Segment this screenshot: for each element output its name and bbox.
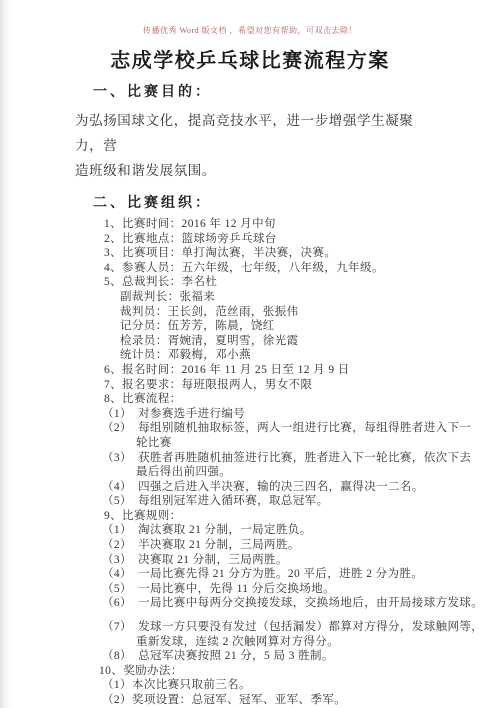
doc-line: 裁判员：王长剑，范丝雨，张振伟 (120, 305, 500, 320)
purpose-paragraph-line-2: 造班级和谐发展氛围。 (75, 158, 434, 183)
doc-line: 最后得出前四强。 (136, 465, 500, 480)
doc-line: （2） 半决赛取 21 分制，三局两胜。 (102, 538, 500, 553)
doc-line: 检录员：胥婉清，夏明雪，徐光霞 (120, 334, 500, 349)
document-page: 传播优秀 Word 版文档 ，希望对您有帮助，可双击去除！ 志成学校乒乓球比赛流… (0, 0, 500, 708)
doc-line: （1） 对参赛选手进行编号 (102, 407, 500, 422)
doc-line: 副裁判长：张福来 (120, 290, 500, 305)
doc-line: 轮比赛 (136, 436, 500, 451)
doc-line: 5、总裁判长：李名杜 (104, 275, 500, 290)
doc-line: 记分员：伍芳芳，陈晨，饶红 (120, 319, 500, 334)
doc-line: （6） 一局比赛中每两分交换接发球，交换场地后，由开局接球方发球。 (102, 596, 500, 611)
doc-line: （3） 获胜者再胜随机抽签进行比赛，胜者进入下一轮比赛，依次下去 (102, 451, 500, 466)
doc-line: （4） 一局比赛先得 21 分方为胜。20 平后，进胜 2 分为胜。 (102, 567, 500, 582)
doc-line: 重新发球，连续 2 次触网算对方得分。 (136, 635, 500, 650)
doc-line: 2、比赛地点：篮球场旁乒乓球台 (104, 232, 500, 247)
organization-body: 1、比赛时间：2016 年 12 月中旬2、比赛地点：篮球场旁乒乓球台3、比赛项… (0, 217, 500, 708)
doc-line: 4、参赛人员：五六年级，七年级，八年级，九年级。 (104, 261, 500, 276)
section-purpose-heading: 一、比赛目的： (93, 84, 500, 102)
doc-line: （1） 淘汰赛取 21 分制，一局定胜负。 (102, 523, 500, 538)
doc-line: 1、比赛时间：2016 年 12 月中旬 (104, 217, 500, 232)
doc-line: 7、报名要求：每班限报两人，男女不限 (104, 378, 500, 393)
doc-line: 8、比赛流程： (104, 392, 500, 407)
doc-line: （5） 一局比赛中，先得 11 分后交换场地。 (102, 582, 500, 597)
doc-line: （3） 决赛取 21 分制，三局两胜。 (102, 553, 500, 568)
doc-line: 9、比赛规则： (104, 509, 500, 524)
doc-line: （5） 每组别冠军进入循环赛，取总冠军。 (102, 494, 500, 509)
doc-line: （7） 发球一方只要没有发过（包括漏发）都算对方得分，发球触网等， (102, 620, 500, 635)
doc-line: 统计员：邓毅梅，邓小燕 (120, 348, 500, 363)
doc-line: （8） 总冠军决赛按照 21 分，5 局 3 胜制。 (102, 649, 500, 664)
doc-line: （4） 四强之后进入半决赛，输的决三四名，赢得决一二名。 (102, 480, 500, 495)
doc-line: （1）本次比赛只取前三名。 (102, 678, 500, 693)
purpose-paragraph: 为弘扬国球文化，提高竞技水平，进一步增强学生凝聚力，营 造班级和谐发展氛围。 (75, 108, 434, 183)
disclaimer-text: 传播优秀 Word 版文档 ，希望对您有帮助，可双击去除！ (0, 26, 500, 36)
doc-line: （2） 每组别随机抽取标签，两人一组进行比赛，每组得胜者进入下一 (102, 421, 500, 436)
doc-line: 6、报名时间：2016 年 11 月 25 日至 12 月 9 日 (104, 363, 500, 378)
doc-line: （2）奖项设置：总冠军、冠军、亚军、季军。 (102, 693, 500, 708)
doc-line-spacer (0, 611, 500, 620)
doc-line: 10、奖励办法： (99, 664, 500, 679)
document-title: 志成学校乒乓球比赛流程方案 (0, 48, 500, 74)
section-organization-heading: 二、比赛组织： (93, 195, 500, 213)
doc-line: 3、比赛项目：单打淘汰赛，半决赛，决赛。 (104, 246, 500, 261)
purpose-paragraph-line-1: 为弘扬国球文化，提高竞技水平，进一步增强学生凝聚力，营 (75, 108, 434, 158)
